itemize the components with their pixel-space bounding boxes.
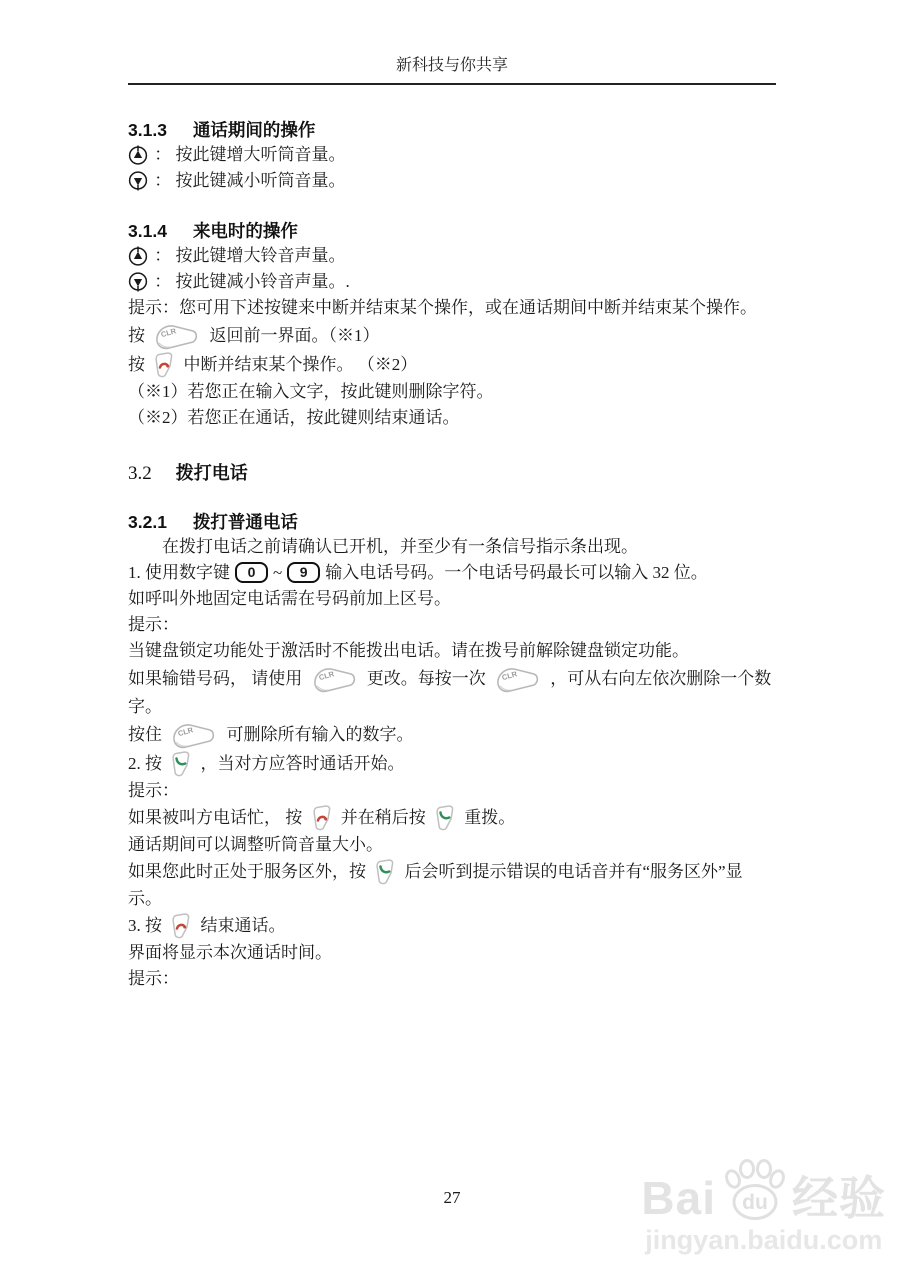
instruction-text: ： 按此键减小铃音声量。. bbox=[154, 272, 350, 291]
page-header-title: 新科技与你共享 bbox=[128, 0, 776, 75]
volume-down-key-icon bbox=[128, 169, 148, 193]
instruction-text: ： 按此键增大铃音声量。 bbox=[154, 246, 345, 265]
text: 按 bbox=[128, 355, 145, 374]
digit-key-0: 0 bbox=[235, 562, 268, 583]
text: 结束通话。 bbox=[201, 916, 286, 935]
section-number: 3.2.1 bbox=[128, 512, 167, 532]
text: 并在稍后按 bbox=[341, 808, 426, 827]
text: 按住 bbox=[128, 725, 162, 744]
text: 1. 使用数字键 bbox=[128, 563, 230, 582]
text: 输入电话号码。一个电话号码最长可以输入 32 位。 bbox=[325, 563, 708, 582]
instruction-text: ： 按此键减小听筒音量。 bbox=[154, 171, 345, 190]
press-end-line: 按 中断并结束某个操作。 （※2） bbox=[128, 351, 776, 379]
text: 可删除所有输入的数字。 bbox=[227, 725, 414, 744]
end-call-key-icon bbox=[170, 912, 192, 940]
text: 更改。每按一次 bbox=[367, 669, 486, 688]
volume-down-instruction: ： 按此键减小听筒音量。 bbox=[128, 168, 776, 194]
clr-key-icon: CLR bbox=[495, 664, 541, 694]
text: 如果输错号码， 请使用 bbox=[128, 669, 302, 688]
baidu-jingyan-watermark: Bai du 经验 jingyan.baidu.com bbox=[641, 1159, 886, 1254]
section-title: 拨打普通电话 bbox=[193, 512, 298, 532]
dialing-intro: 在拨打电话之前请确认已开机，并至少有一条信号指示条出现。 bbox=[128, 534, 776, 560]
call-key-icon bbox=[434, 804, 456, 832]
text: ，当对方应答时通话开始。 bbox=[201, 754, 405, 773]
volume-down-key-icon bbox=[128, 270, 148, 294]
keypad-lock-tip: 当键盘锁定功能处于激活时不能拨出电话。请在拨号前解除键盘锁定功能。 bbox=[128, 638, 776, 664]
adjust-volume-note: 通话期间可以调整听筒音量大小。 bbox=[128, 832, 776, 858]
section-number: 3.1.4 bbox=[128, 221, 167, 241]
section-number: 3.2 bbox=[128, 463, 152, 484]
baidu-paw-icon: du bbox=[718, 1159, 790, 1221]
step-2-line: 2. 按 ，当对方应答时通话开始。 bbox=[128, 750, 776, 778]
volume-up-key-icon bbox=[128, 244, 148, 268]
wrong-number-line: 如果输错号码， 请使用 CLR 更改。每按一次 CLR ，可从右向左依次删除一个… bbox=[128, 664, 776, 720]
step-3-line: 3. 按 结束通话。 bbox=[128, 912, 776, 940]
section-title: 来电时的操作 bbox=[193, 221, 298, 241]
header-rule bbox=[128, 83, 776, 85]
watermark-jingyan-text: 经验 bbox=[792, 1175, 886, 1221]
call-key-icon bbox=[374, 858, 396, 886]
text: 按 bbox=[128, 326, 145, 345]
section-heading-3-1-3: 3.1.3通话期间的操作 bbox=[128, 117, 776, 142]
out-of-service-line: 如果您此时正处于服务区外，按 后会听到提示错误的电话音并有“服务区外”显示。 bbox=[128, 858, 776, 912]
press-clr-line: 按 CLR 返回前一界面。（※1） bbox=[128, 321, 776, 351]
text: 返回前一界面。（※1） bbox=[210, 326, 380, 345]
call-key-icon bbox=[170, 750, 192, 778]
text: 3. 按 bbox=[128, 916, 162, 935]
footnote-2: （※2）若您正在通话，按此键则结束通话。 bbox=[128, 405, 776, 431]
section-number: 3.1.3 bbox=[128, 120, 167, 140]
area-code-note: 如呼叫外地固定电话需在号码前加上区号。 bbox=[128, 586, 776, 612]
ring-volume-up-instruction: ： 按此键增大铃音声量。 bbox=[128, 243, 776, 269]
clr-key-icon: CLR bbox=[312, 664, 358, 694]
text: 2. 按 bbox=[128, 754, 162, 773]
section-heading-3-2-1: 3.2.1拨打普通电话 bbox=[128, 509, 776, 534]
end-call-key-icon bbox=[153, 351, 175, 379]
hold-clr-line: 按住 CLR 可删除所有输入的数字。 bbox=[128, 720, 776, 750]
step-1-line: 1. 使用数字键0~9输入电话号码。一个电话号码最长可以输入 32 位。 bbox=[128, 560, 776, 586]
clr-key-icon: CLR bbox=[154, 321, 200, 351]
text: ~ bbox=[273, 563, 282, 582]
tip-label: 提示： bbox=[128, 778, 776, 804]
watermark-bai-text: Bai bbox=[641, 1175, 716, 1221]
watermark-du-text: du bbox=[742, 1191, 768, 1214]
section-title: 通话期间的操作 bbox=[193, 120, 316, 140]
text: 中断并结束某个操作。 （※2） bbox=[184, 355, 418, 374]
section-heading-3-1-4: 3.1.4来电时的操作 bbox=[128, 218, 776, 243]
volume-up-key-icon bbox=[128, 143, 148, 167]
tip-interrupt: 提示：您可用下述按键来中断并结束某个操作，或在通话期间中断并结束某个操作。 bbox=[128, 295, 776, 321]
digit-key-9: 9 bbox=[287, 562, 320, 583]
section-title: 拨打电话 bbox=[176, 463, 248, 483]
section-heading-3-2: 3.2拨打电话 bbox=[128, 459, 776, 485]
footnote-1: （※1）若您正在输入文字，按此键则删除字符。 bbox=[128, 379, 776, 405]
tip-label: 提示： bbox=[128, 966, 776, 992]
end-call-key-icon bbox=[311, 804, 333, 832]
text: 如果您此时正处于服务区外，按 bbox=[128, 862, 366, 881]
instruction-text: ： 按此键增大听筒音量。 bbox=[154, 145, 345, 164]
tip-label: 提示： bbox=[128, 612, 776, 638]
text: 如果被叫方电话忙， 按 bbox=[128, 808, 302, 827]
watermark-url: jingyan.baidu.com bbox=[641, 1227, 886, 1254]
volume-up-instruction: ： 按此键增大听筒音量。 bbox=[128, 142, 776, 168]
clr-key-icon: CLR bbox=[171, 720, 217, 750]
ring-volume-down-instruction: ： 按此键减小铃音声量。. bbox=[128, 269, 776, 295]
call-time-note: 界面将显示本次通话时间。 bbox=[128, 940, 776, 966]
manual-page: 新科技与你共享 3.1.3通话期间的操作 ： 按此键增大听筒音量。 ： 按此键减… bbox=[0, 0, 904, 1280]
text: 重拨。 bbox=[464, 808, 515, 827]
busy-line: 如果被叫方电话忙， 按 并在稍后按 重拨。 bbox=[128, 804, 776, 832]
